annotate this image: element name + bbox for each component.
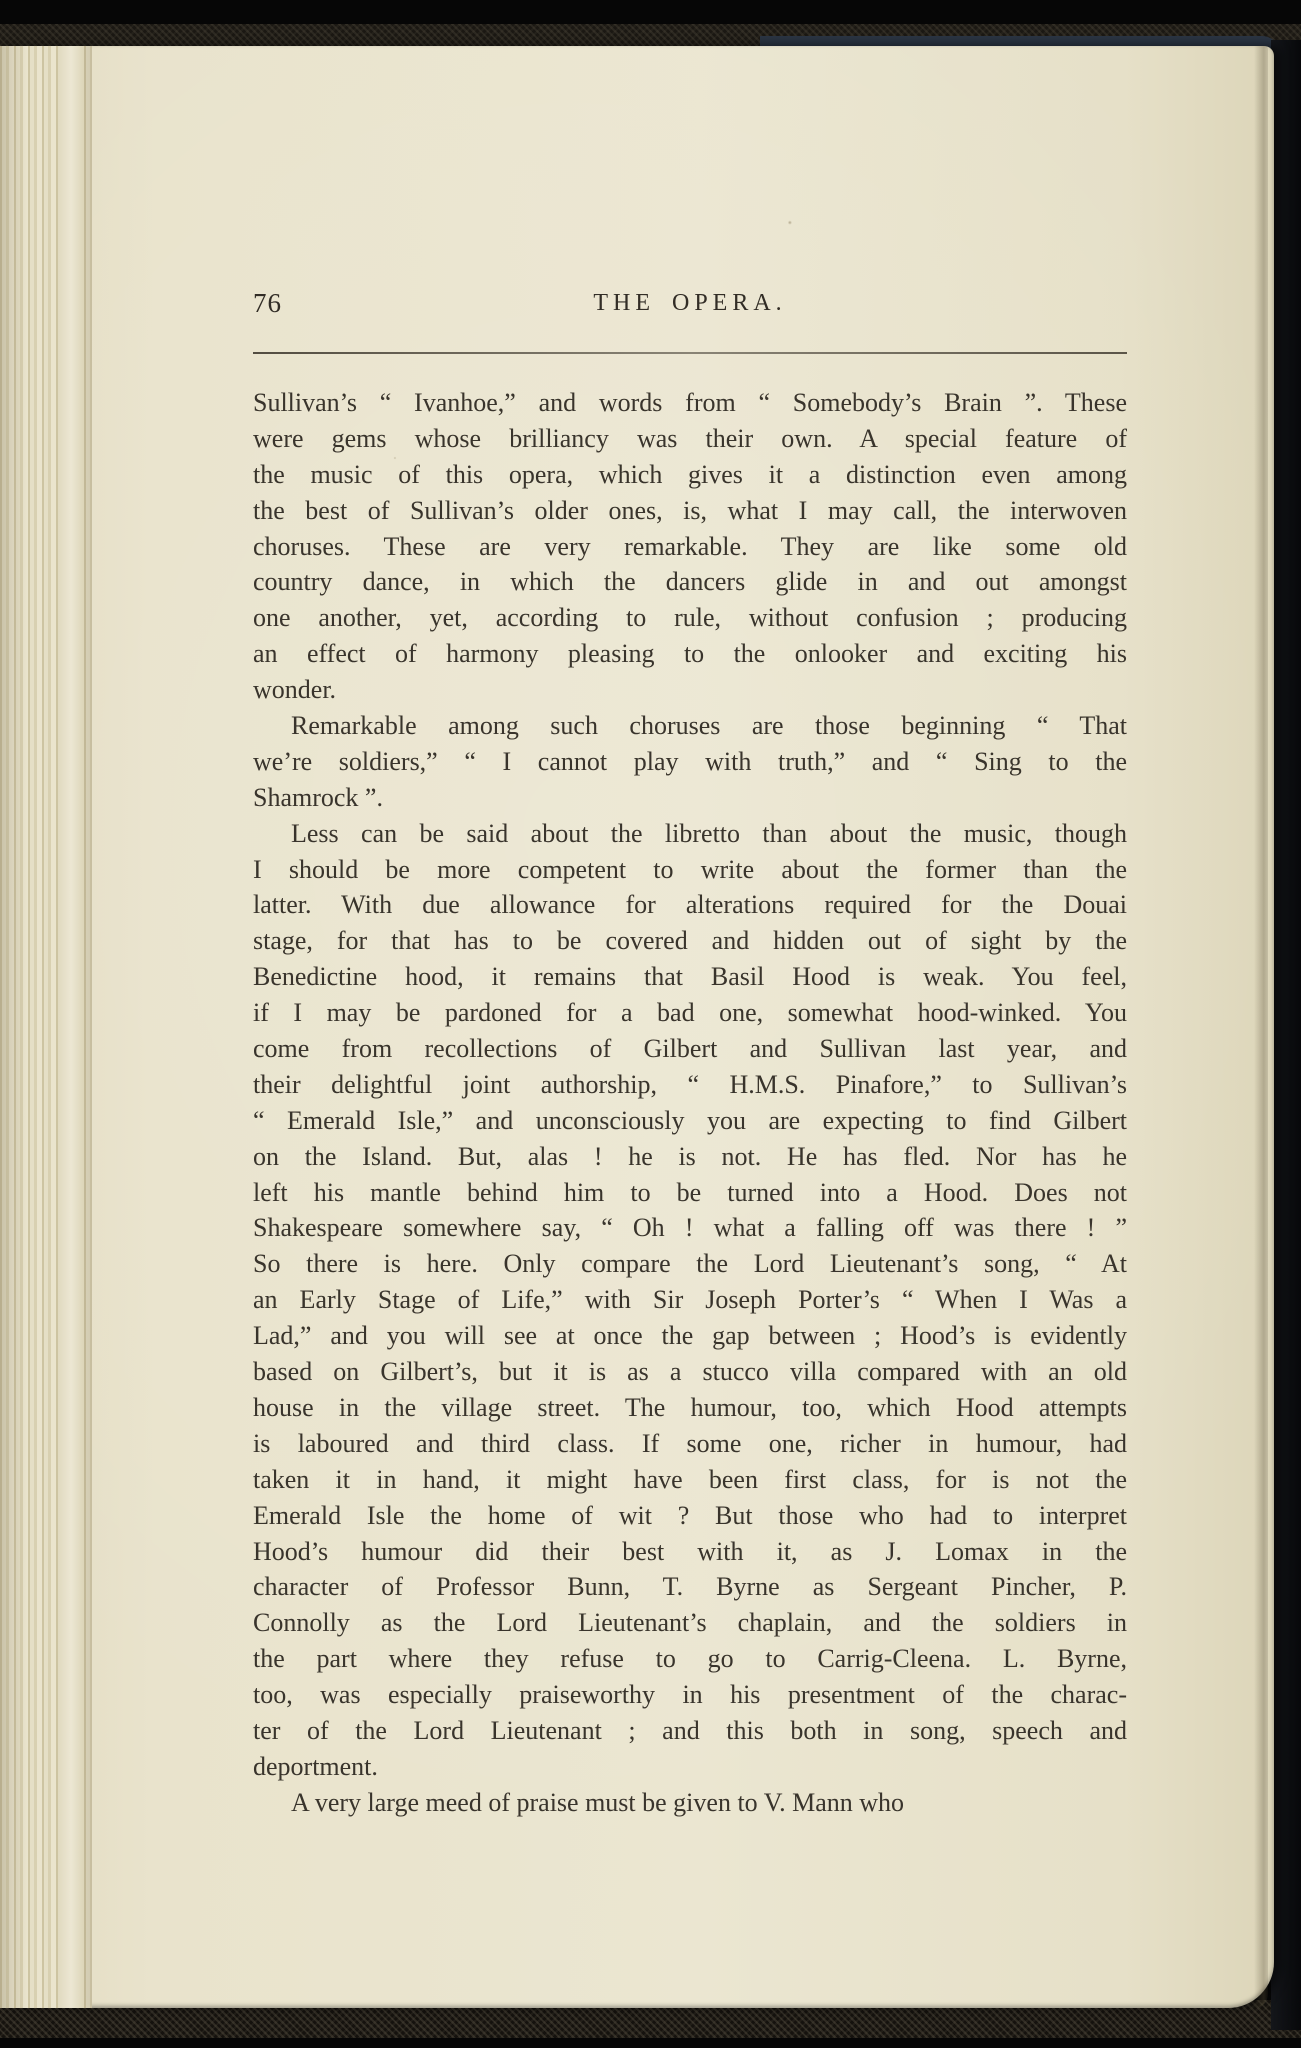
- text-line: Sullivan’s “ Ivanhoe,” and words from “ …: [253, 385, 1127, 421]
- text-line: too, was especially praiseworthy in his …: [253, 1677, 1127, 1713]
- text-line: I should be more competent to write abou…: [253, 852, 1127, 888]
- text-line: an Early Stage of Life,” with Sir Joseph…: [253, 1282, 1127, 1318]
- text-line: the music of this opera, which gives it …: [253, 457, 1127, 493]
- text-line: A very large meed of praise must be give…: [253, 1785, 1127, 1821]
- text-line: come from recollections of Gilbert and S…: [253, 1031, 1127, 1067]
- text-line: So there is here. Only compare the Lord …: [253, 1246, 1127, 1282]
- text-line: Emerald Isle the home of wit ? But those…: [253, 1498, 1127, 1534]
- text-line: their delightful joint authorship, “ H.M…: [253, 1067, 1127, 1103]
- text-line: Shamrock ”.: [253, 780, 1127, 816]
- text-line: an effect of harmony pleasing to the onl…: [253, 636, 1127, 672]
- text-line: stage, for that has to be covered and hi…: [253, 923, 1127, 959]
- text-line: wonder.: [253, 672, 1127, 708]
- text-line: “ Emerald Isle,” and unconsciously you a…: [253, 1103, 1127, 1139]
- text-line: latter. With due allowance for alteratio…: [253, 887, 1127, 923]
- text-line: choruses. These are very remarkable. The…: [253, 529, 1127, 565]
- text-line: if I may be pardoned for a bad one, some…: [253, 995, 1127, 1031]
- paragraph: Remarkable among such choruses are those…: [253, 708, 1127, 816]
- text-line: character of Professor Bunn, T. Byrne as…: [253, 1569, 1127, 1605]
- text-line: the best of Sullivan’s older ones, is, w…: [253, 493, 1127, 529]
- page-right-crease: [1254, 46, 1268, 2008]
- paragraph: A very large meed of praise must be give…: [253, 1785, 1127, 1821]
- text-line: Less can be said about the libretto than…: [253, 816, 1127, 852]
- text-line: ter of the Lord Lieutenant ; and this bo…: [253, 1713, 1127, 1749]
- text-line: one another, yet, according to rule, wit…: [253, 600, 1127, 636]
- printed-content: 76 THE OPERA. Sullivan’s “ Ivanhoe,” and…: [253, 46, 1127, 2008]
- text-line: Connolly as the Lord Lieutenant’s chapla…: [253, 1605, 1127, 1641]
- paragraph: Less can be said about the libretto than…: [253, 816, 1127, 1785]
- header-rule: [253, 352, 1127, 354]
- page-gutter-shadow: [1271, 40, 1301, 2030]
- text-line: house in the village street. The humour,…: [253, 1390, 1127, 1426]
- text-line: Benedictine hood, it remains that Basil …: [253, 959, 1127, 995]
- text-line: Hood’s humour did their best with it, as…: [253, 1534, 1127, 1570]
- page-body: Sullivan’s “ Ivanhoe,” and words from “ …: [253, 385, 1127, 1821]
- book-page: 76 THE OPERA. Sullivan’s “ Ivanhoe,” and…: [0, 46, 1274, 2008]
- text-line: based on Gilbert’s, but it is as a stucc…: [253, 1354, 1127, 1390]
- text-line: the part where they refuse to go to Carr…: [253, 1641, 1127, 1677]
- text-line: country dance, in which the dancers glid…: [253, 564, 1127, 600]
- text-line: Shakespeare somewhere say, “ Oh ! what a…: [253, 1210, 1127, 1246]
- text-line: we’re soldiers,” “ I cannot play with tr…: [253, 744, 1127, 780]
- page-header: 76 THE OPERA.: [253, 286, 1127, 326]
- text-line: Remarkable among such choruses are those…: [253, 708, 1127, 744]
- paragraph: Sullivan’s “ Ivanhoe,” and words from “ …: [253, 385, 1127, 708]
- scanned-book-photo: 76 THE OPERA. Sullivan’s “ Ivanhoe,” and…: [0, 0, 1301, 2048]
- text-line: on the Island. But, alas ! he is not. He…: [253, 1139, 1127, 1175]
- text-line: deportment.: [253, 1749, 1127, 1785]
- running-title: THE OPERA.: [253, 290, 1127, 317]
- page-edge-highlight: [58, 46, 84, 2008]
- page-edge-stack: [0, 46, 92, 2008]
- text-line: Lad,” and you will see at once the gap b…: [253, 1318, 1127, 1354]
- text-line: left his mantle behind him to be turned …: [253, 1175, 1127, 1211]
- text-line: taken it in hand, it might have been fir…: [253, 1462, 1127, 1498]
- text-line: were gems whose brilliancy was their own…: [253, 421, 1127, 457]
- text-line: is laboured and third class. If some one…: [253, 1426, 1127, 1462]
